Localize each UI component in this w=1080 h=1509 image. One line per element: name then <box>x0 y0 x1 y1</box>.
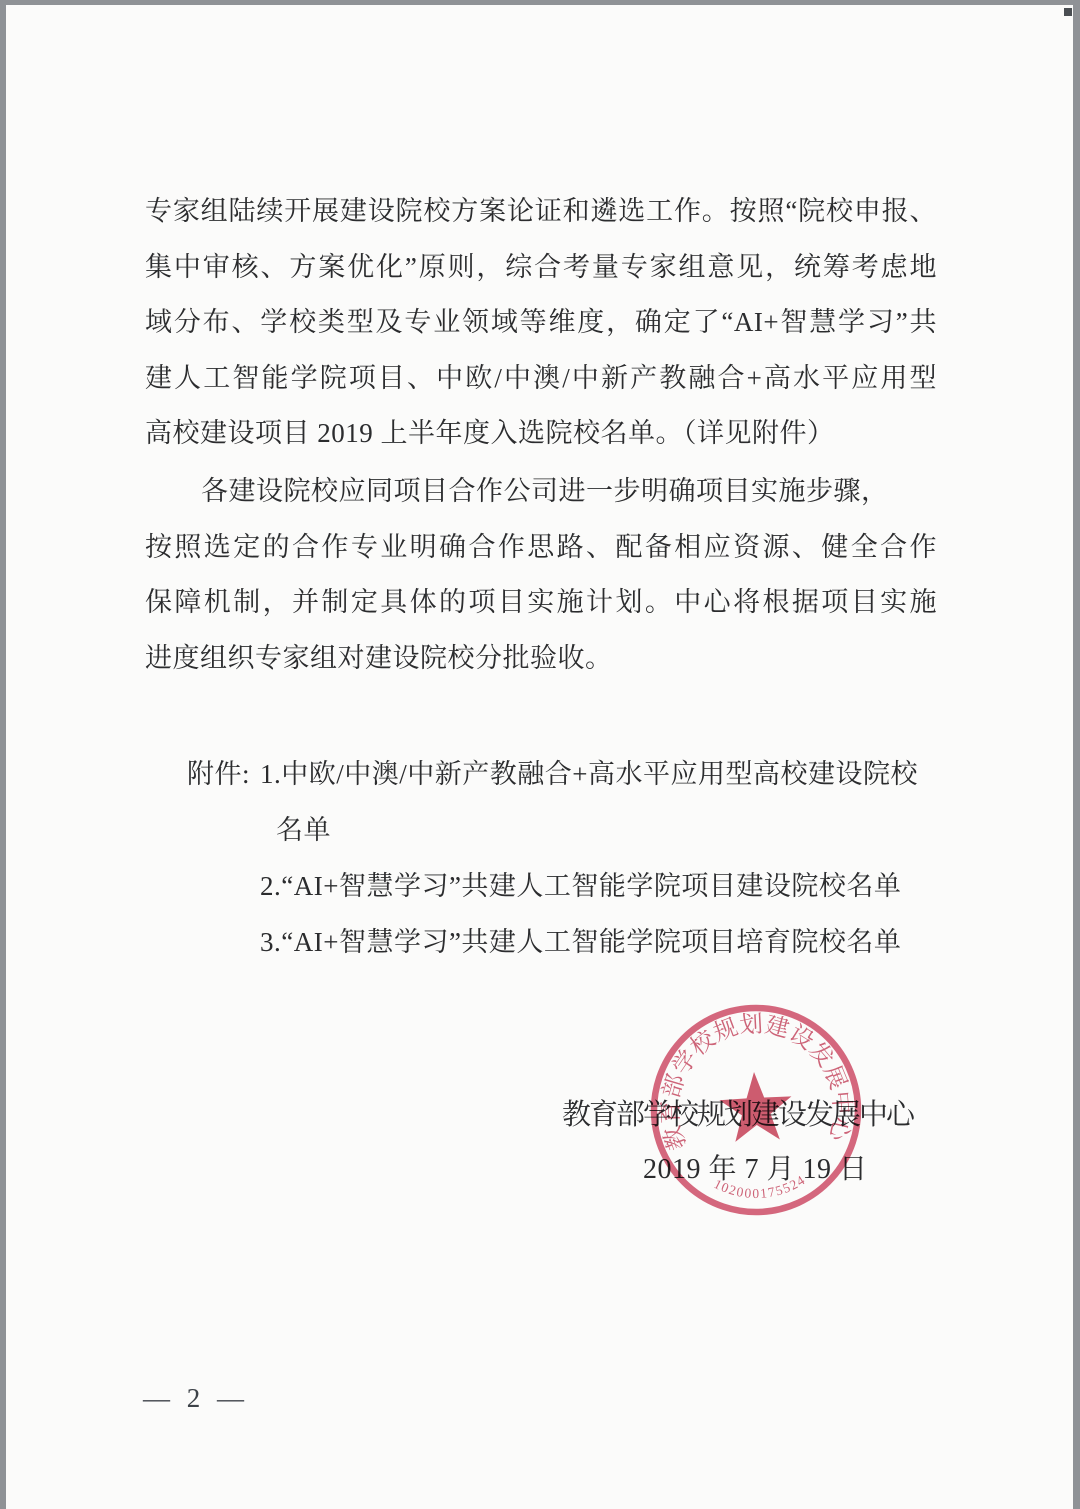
text-line: 域分布、学校类型及专业领域等维度，确定了“AI+智慧学习”共 <box>145 295 937 351</box>
attachment-item-1: 附件:1.中欧/中澳/中新产教融合+高水平应用型高校建设院校 <box>187 746 987 802</box>
text-line: 各建设院校应同项目合作公司进一步明确项目实施步骤， <box>145 464 937 520</box>
text-line: 保障机制，并制定具体的项目实施计划。中心将根据项目实施 <box>145 575 937 631</box>
text-line: 集中审核、方案优化”原则，综合考量专家组意见，统筹考虑地 <box>145 240 937 296</box>
attachments-label: 附件: <box>187 759 250 789</box>
seal-serial-number-path: 102000175524 <box>711 1171 809 1203</box>
text-line: 高校建设项目 2019 上半年度入选院校名单。（详见附件） <box>145 406 937 462</box>
page-number: — 2 — <box>143 1383 249 1414</box>
scan-artifact-dot <box>1064 8 1072 16</box>
attachment-item-3: 3.“AI+智慧学习”共建人工智能学院项目培育院校名单 <box>187 914 987 970</box>
official-seal: 教育部学校规划建设发展中心 102000175524 <box>645 996 867 1226</box>
attachment-item-1-continuation: 名单 <box>187 802 987 858</box>
attachment-item-2: 2.“AI+智慧学习”共建人工智能学院项目建设院校名单 <box>187 858 987 914</box>
paragraph-1: 专家组陆续开展建设院校方案论证和遴选工作。按照“院校申报、 集中审核、方案优化”… <box>145 184 937 462</box>
seal-star-icon <box>718 1070 794 1142</box>
attachments-section: 附件:1.中欧/中澳/中新产教融合+高水平应用型高校建设院校 名单 2.“AI+… <box>187 746 987 970</box>
text-line: 建人工智能学院项目、中欧/中澳/中新产教融合+高水平应用型 <box>145 351 937 407</box>
paragraph-2: 各建设院校应同项目合作公司进一步明确项目实施步骤， 按照选定的合作专业明确合作思… <box>145 464 937 686</box>
text-line: 专家组陆续开展建设院校方案论证和遴选工作。按照“院校申报、 <box>145 184 937 240</box>
seal-serial-number: 102000175524 <box>711 1171 809 1203</box>
text-line: 按照选定的合作专业明确合作思路、配备相应资源、健全合作 <box>145 520 937 576</box>
scanned-document-page: 专家组陆续开展建设院校方案论证和遴选工作。按照“院校申报、 集中审核、方案优化”… <box>6 5 1073 1509</box>
attachment-item-1-text: 1.中欧/中澳/中新产教融合+高水平应用型高校建设院校 <box>260 759 918 789</box>
text-line: 进度组织专家组对建设院校分批验收。 <box>145 631 937 687</box>
